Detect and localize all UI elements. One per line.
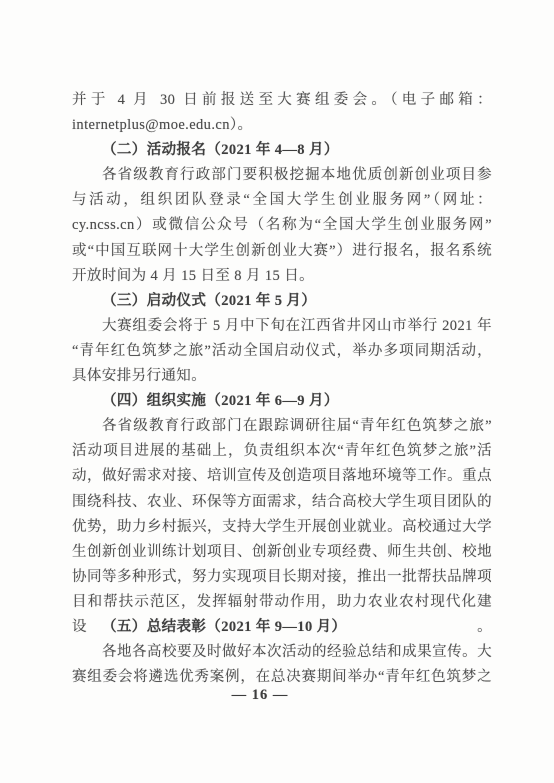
- scanned-document-page: 并于 4 月 30 日前报送至大赛组委会。（电子邮箱：internetplus@…: [0, 0, 554, 783]
- document-line: 协同等多种形式，努力实现项目长期对接，推出一批帮扶品牌项: [72, 565, 492, 590]
- document-line: 或“中国互联网十大学生创新创业大赛”）进行报名，报名系统: [72, 239, 492, 264]
- document-line: 与活动，组织团队登录“全国大学生创业服务网”（网址：: [72, 188, 492, 213]
- document-line: internetplus@moe.edu.cn）。: [72, 113, 492, 138]
- document-line: cy.ncss.cn）或微信公众号（名称为“全国大学生创业服务网”: [72, 213, 492, 238]
- document-line: 各省级教育行政部门在跟踪调研往届“青年红色筑梦之旅”: [72, 414, 492, 439]
- document-line: “青年红色筑梦之旅”活动全国启动仪式，举办多项同期活动，: [72, 339, 492, 364]
- page-number: — 16 —: [0, 687, 520, 704]
- document-line: 大赛组委会将于 5 月中下旬在江西省井冈山市举行 2021 年: [72, 314, 492, 339]
- document-line: 开放时间为 4 月 15 日至 8 月 15 日。: [72, 264, 492, 289]
- document-line: 并于 4 月 30 日前报送至大赛组委会。（电子邮箱：: [72, 88, 492, 113]
- document-line: 动，做好需求对接、培训宣传及创造项目落地环境等工作。重点: [72, 464, 492, 489]
- document-line: 目和帮扶示范区，发挥辐射带动作用，助力农业农村现代化建设。: [72, 590, 492, 615]
- document-line: 优势，助力乡村振兴，支持大学生开展创业就业。高校通过大学: [72, 515, 492, 540]
- document-line: 生创新创业训练计划项目、创新创业专项经费、师生共创、校地: [72, 540, 492, 565]
- document-line: 活动项目进展的基础上，负责组织本次“青年红色筑梦之旅”活: [72, 439, 492, 464]
- document-text-block: 并于 4 月 30 日前报送至大赛组委会。（电子邮箱：internetplus@…: [72, 88, 492, 690]
- document-line: 围绕科技、农业、环保等方面需求，结合高校大学生项目团队的: [72, 490, 492, 515]
- document-line: 各省级教育行政部门要积极挖掘本地优质创新创业项目参: [72, 163, 492, 188]
- document-line: 各地各高校要及时做好本次活动的经验总结和成果宣传。大: [72, 640, 492, 665]
- document-line: 具体安排另行通知。: [72, 364, 492, 389]
- section-heading: （三）启动仪式（2021 年 5 月）: [72, 289, 492, 314]
- section-heading: （二）活动报名（2021 年 4—8 月）: [72, 138, 492, 163]
- section-heading: （四）组织实施（2021 年 6—9 月）: [72, 389, 492, 414]
